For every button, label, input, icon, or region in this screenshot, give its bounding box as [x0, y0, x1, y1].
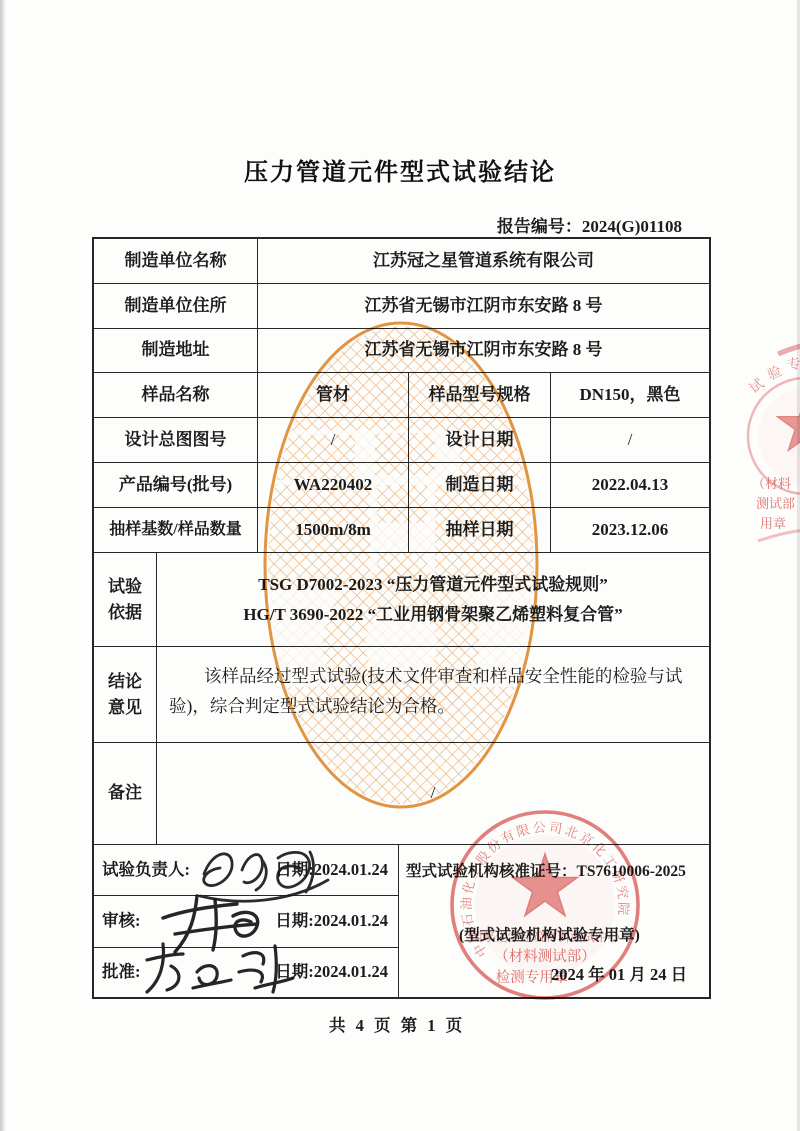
report-number-line: 报告编号：2024(G)01108: [420, 212, 682, 237]
manufacture-site-value: 江苏省无锡市江阴市东安路 8 号: [258, 329, 709, 373]
row-label-manufacture-site: 制造地址: [94, 329, 258, 373]
edge-seal-line-2: 测试部: [756, 496, 795, 511]
design-date-value: /: [551, 418, 709, 463]
report-number-value: 2024(G)01108: [582, 217, 682, 236]
scanned-document-page: { "page": { "title": "压力管道元件型式试验结论", "re…: [0, 0, 800, 1131]
report-table: 制造单位名称 江苏冠之星管道系统有限公司 制造单位住所 江苏省无锡市江阴市东安路…: [92, 237, 711, 999]
row-label-manufacturer-address: 制造单位住所: [94, 284, 258, 329]
cert-number: TS7610006-2025: [577, 863, 686, 880]
test-basis-line2: HG/T 3690-2022 “工业用钢骨架聚乙烯塑料复合管”: [243, 600, 622, 630]
manufacturer-name-value: 江苏冠之星管道系统有限公司: [258, 239, 709, 284]
reviewer-label: 审核:: [102, 910, 141, 932]
test-basis-label-line1: 试验: [108, 574, 142, 600]
signature-approver: [135, 938, 310, 1002]
seal-caption: (型式试验机构试验专用章): [459, 926, 640, 947]
row-label-sample-model: 样品型号规格: [409, 373, 551, 418]
row-label-sample-name: 样品名称: [94, 373, 258, 418]
row-label-product-batch-no: 产品编号(批号): [94, 463, 258, 508]
conclusion-label-line1: 结论: [108, 669, 142, 695]
test-basis-line1: TSG D7002-2023 “压力管道元件型式试验规则”: [258, 570, 607, 600]
remark-value: /: [157, 743, 709, 845]
tester-label: 试验负责人:: [102, 859, 190, 881]
report-number-label: 报告编号：: [497, 217, 582, 236]
manufacturer-address-value: 江苏省无锡市江阴市东安路 8 号: [258, 284, 709, 329]
row-label-remark: 备注: [94, 743, 157, 845]
edge-seal-ring-char-1: 试: [747, 376, 768, 397]
certification-cell: 型式试验机构核准证号：TS7610006-2025 (型式试验机构试验专用章) …: [399, 845, 709, 997]
edge-partial-seal-stamp: 试 验 专 （材料 测试部 用章: [746, 336, 800, 551]
conclusion-content: 该样品经过型式试验(技术文件审查和样品安全性能的检验与试验)，综合判定型式试验结…: [157, 647, 709, 743]
sample-model-value: DN150，黑色: [551, 373, 709, 418]
page-title: 压力管道元件型式试验结论: [0, 152, 800, 187]
sampling-base-value: 1500m/8m: [258, 508, 409, 553]
row-label-sampling-base: 抽样基数/样品数量: [94, 508, 258, 553]
page-number-footer: 共 4 页 第 1 页: [0, 1012, 794, 1036]
sampling-date-value: 2023.12.06: [551, 508, 709, 553]
row-label-design-date: 设计日期: [409, 418, 551, 463]
row-label-manufacturer-name: 制造单位名称: [94, 239, 258, 284]
row-label-test-basis: 试验 依据: [94, 553, 157, 647]
edge-seal-line-1: （材料: [752, 476, 791, 491]
conclusion-label-line2: 意见: [108, 695, 142, 721]
row-label-manufacture-date: 制造日期: [409, 463, 551, 508]
design-drawing-no-value: /: [258, 418, 409, 463]
row-label-conclusion: 结论 意见: [94, 647, 157, 743]
cert-label: 型式试验机构核准证号：: [406, 863, 577, 880]
row-label-sampling-date: 抽样日期: [409, 508, 551, 553]
test-basis-content: TSG D7002-2023 “压力管道元件型式试验规则” HG/T 3690-…: [157, 553, 709, 647]
conclusion-text: 该样品经过型式试验(技术文件审查和样品安全性能的检验与试验)，综合判定型式试验结…: [157, 647, 709, 721]
row-label-design-drawing-no: 设计总图图号: [94, 418, 258, 463]
cert-line: 型式试验机构核准证号：TS7610006-2025: [406, 862, 686, 883]
product-batch-no-value: WA220402: [258, 463, 409, 508]
test-basis-label-line2: 依据: [108, 600, 142, 626]
seal-date: 2024 年 01 月 24 日: [551, 964, 687, 986]
manufacture-date-value: 2022.04.13: [551, 463, 709, 508]
sample-name-value: 管材: [258, 373, 409, 418]
edge-seal-ring-char-2: 验: [765, 363, 784, 383]
edge-seal-line-3: 用章: [760, 516, 786, 531]
